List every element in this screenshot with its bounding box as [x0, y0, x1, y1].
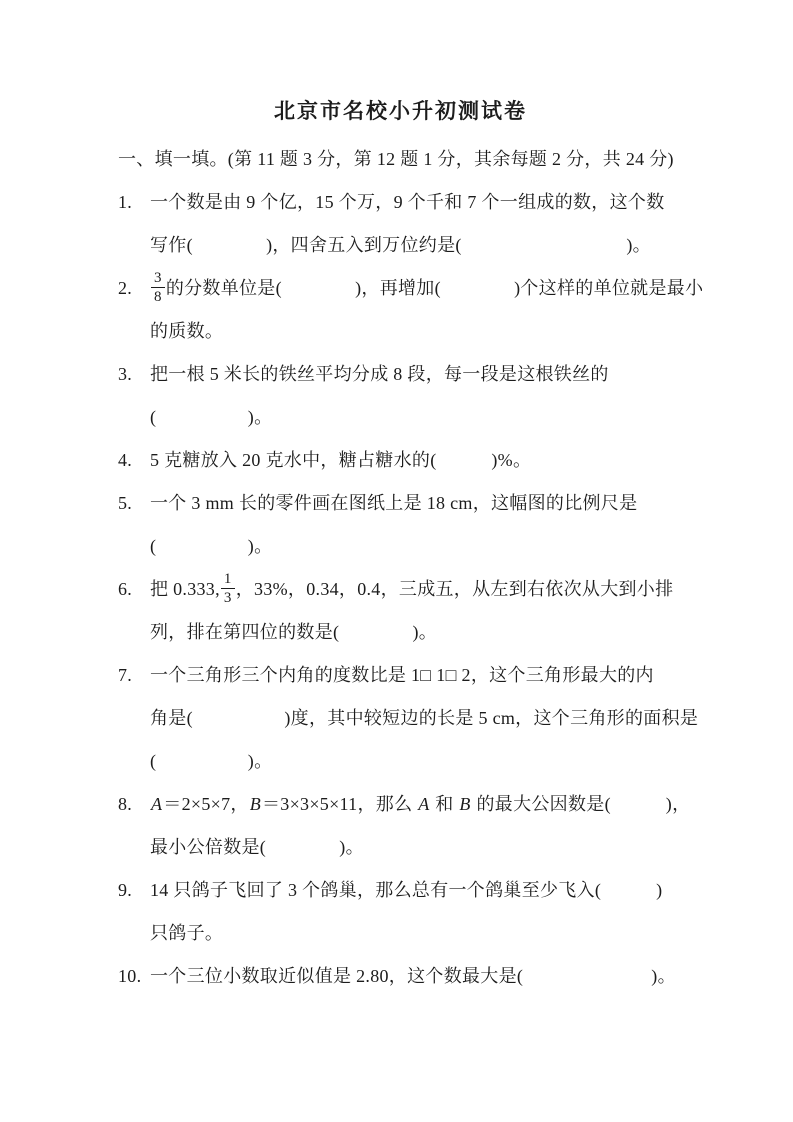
question-text: 角是( )度，其中较短边的长是 5 cm，这个三角形的面积是	[150, 708, 698, 728]
fraction-denominator: 3	[221, 589, 235, 607]
question-text: A	[417, 794, 430, 814]
question-list: 1.一个数是由 9 个亿，15 个万，9 个千和 7 个一组成的数，这个数写作(…	[118, 181, 683, 998]
question-text: B	[458, 794, 471, 814]
question-number: 3.	[118, 353, 150, 396]
question-text: A	[150, 794, 163, 814]
question-8-line-2: 最小公倍数是( )。	[118, 826, 683, 869]
question-2-line-1: 2.38的分数单位是( )，再增加( )个这样的单位就是最小	[118, 267, 683, 310]
question-number: 7.	[118, 654, 150, 697]
question-text: 一个三角形三个内角的度数比是 1□ 1□ 2，这个三角形最大的内	[150, 665, 654, 685]
question-7-line-2: 角是( )度，其中较短边的长是 5 cm，这个三角形的面积是	[118, 697, 683, 740]
question-6: 6.把 0.333,13，33%，0.34，0.4，三成五，从左到右依次从大到小…	[118, 568, 683, 654]
question-3: 3.把一根 5 米长的铁丝平均分成 8 段，每一段是这根铁丝的( )。	[118, 353, 683, 439]
section-header: 一、填一填。(第 11 题 3 分，第 12 题 1 分，其余每题 2 分，共 …	[118, 138, 683, 181]
question-7-line-1: 7.一个三角形三个内角的度数比是 1□ 1□ 2，这个三角形最大的内	[118, 654, 683, 697]
question-text: 5 克糖放入 20 克水中，糖占糖水的( )%。	[150, 450, 531, 470]
question-text: 的质数。	[150, 321, 223, 341]
question-2: 2.38的分数单位是( )，再增加( )个这样的单位就是最小的质数。	[118, 267, 683, 353]
question-9-line-1: 9.14 只鸽子飞回了 3 个鸽巢，那么总有一个鸽巢至少飞入( )	[118, 869, 683, 912]
question-number: 5.	[118, 482, 150, 525]
question-text: 14 只鸽子飞回了 3 个鸽巢，那么总有一个鸽巢至少飞入( )	[150, 880, 662, 900]
question-text: 把 0.333,	[150, 579, 220, 599]
question-5: 5.一个 3 mm 长的零件画在图纸上是 18 cm，这幅图的比例尺是( )。	[118, 482, 683, 568]
question-10-line-1: 10.一个三位小数取近似值是 2.80，这个数最大是( )。	[118, 955, 683, 998]
question-text: ＝3×3×5×11，那么	[262, 794, 417, 814]
question-number: 10.	[118, 955, 150, 998]
question-number: 4.	[118, 439, 150, 482]
question-1: 1.一个数是由 9 个亿，15 个万，9 个千和 7 个一组成的数，这个数写作(…	[118, 181, 683, 267]
question-8: 8.A＝2×5×7，B＝3×3×5×11，那么 A 和 B 的最大公因数是( )…	[118, 783, 683, 869]
page-title: 北京市名校小升初测试卷	[118, 96, 683, 126]
question-number: 9.	[118, 869, 150, 912]
test-paper-page: 北京市名校小升初测试卷 一、填一填。(第 11 题 3 分，第 12 题 1 分…	[0, 0, 793, 1122]
question-text: 只鸽子。	[150, 923, 223, 943]
question-7: 7.一个三角形三个内角的度数比是 1□ 1□ 2，这个三角形最大的内角是( )度…	[118, 654, 683, 783]
question-text: 和	[430, 794, 458, 814]
question-text: 的最大公因数是( )，	[472, 794, 691, 814]
question-text: ，33%，0.34，0.4，三成五，从左到右依次从大到小排	[236, 579, 674, 599]
question-text: ＝2×5×7，	[163, 794, 248, 814]
question-text: ( )。	[150, 407, 272, 427]
question-text: ( )。	[150, 751, 272, 771]
question-9: 9.14 只鸽子飞回了 3 个鸽巢，那么总有一个鸽巢至少飞入( )只鸽子。	[118, 869, 683, 955]
question-5-line-1: 5.一个 3 mm 长的零件画在图纸上是 18 cm，这幅图的比例尺是	[118, 482, 683, 525]
question-3-line-2: ( )。	[118, 396, 683, 439]
paper-content: 北京市名校小升初测试卷 一、填一填。(第 11 题 3 分，第 12 题 1 分…	[118, 96, 683, 998]
fraction-3-8: 38	[151, 270, 165, 306]
fraction-denominator: 8	[151, 288, 165, 306]
question-3-line-1: 3.把一根 5 米长的铁丝平均分成 8 段，每一段是这根铁丝的	[118, 353, 683, 396]
question-2-line-2: 的质数。	[118, 310, 683, 353]
question-text: 写作( )，四舍五入到万位约是( )。	[150, 235, 651, 255]
question-number: 6.	[118, 568, 150, 611]
question-1-line-2: 写作( )，四舍五入到万位约是( )。	[118, 224, 683, 267]
question-6-line-2: 列，排在第四位的数是( )。	[118, 611, 683, 654]
question-4: 4.5 克糖放入 20 克水中，糖占糖水的( )%。	[118, 439, 683, 482]
section-heading-text: 填一填。(第 11 题 3 分，第 12 题 1 分，其余每题 2 分，共 24…	[155, 149, 674, 169]
question-7-line-3: ( )。	[118, 740, 683, 783]
section-number: 一、	[118, 149, 155, 169]
question-text: 列，排在第四位的数是( )。	[150, 622, 437, 642]
question-text: 把一根 5 米长的铁丝平均分成 8 段，每一段是这根铁丝的	[150, 364, 609, 384]
fraction-1-3: 13	[221, 571, 235, 607]
question-8-line-1: 8.A＝2×5×7，B＝3×3×5×11，那么 A 和 B 的最大公因数是( )…	[118, 783, 683, 826]
question-text: 的分数单位是( )，再增加( )个这样的单位就是最小	[166, 278, 704, 298]
question-1-line-1: 1.一个数是由 9 个亿，15 个万，9 个千和 7 个一组成的数，这个数	[118, 181, 683, 224]
question-10: 10.一个三位小数取近似值是 2.80，这个数最大是( )。	[118, 955, 683, 998]
question-4-line-1: 4.5 克糖放入 20 克水中，糖占糖水的( )%。	[118, 439, 683, 482]
question-text: 一个数是由 9 个亿，15 个万，9 个千和 7 个一组成的数，这个数	[150, 192, 665, 212]
question-text: 一个三位小数取近似值是 2.80，这个数最大是( )。	[150, 966, 676, 986]
question-text: 最小公倍数是( )。	[150, 837, 364, 857]
question-5-line-2: ( )。	[118, 525, 683, 568]
question-number: 1.	[118, 181, 150, 224]
question-text: 一个 3 mm 长的零件画在图纸上是 18 cm，这幅图的比例尺是	[150, 493, 637, 513]
question-9-line-2: 只鸽子。	[118, 912, 683, 955]
fraction-numerator: 3	[151, 270, 165, 289]
question-text: B	[249, 794, 262, 814]
question-6-line-1: 6.把 0.333,13，33%，0.34，0.4，三成五，从左到右依次从大到小…	[118, 568, 683, 611]
question-text: ( )。	[150, 536, 272, 556]
question-number: 8.	[118, 783, 150, 826]
question-number: 2.	[118, 267, 150, 310]
fraction-numerator: 1	[221, 571, 235, 590]
